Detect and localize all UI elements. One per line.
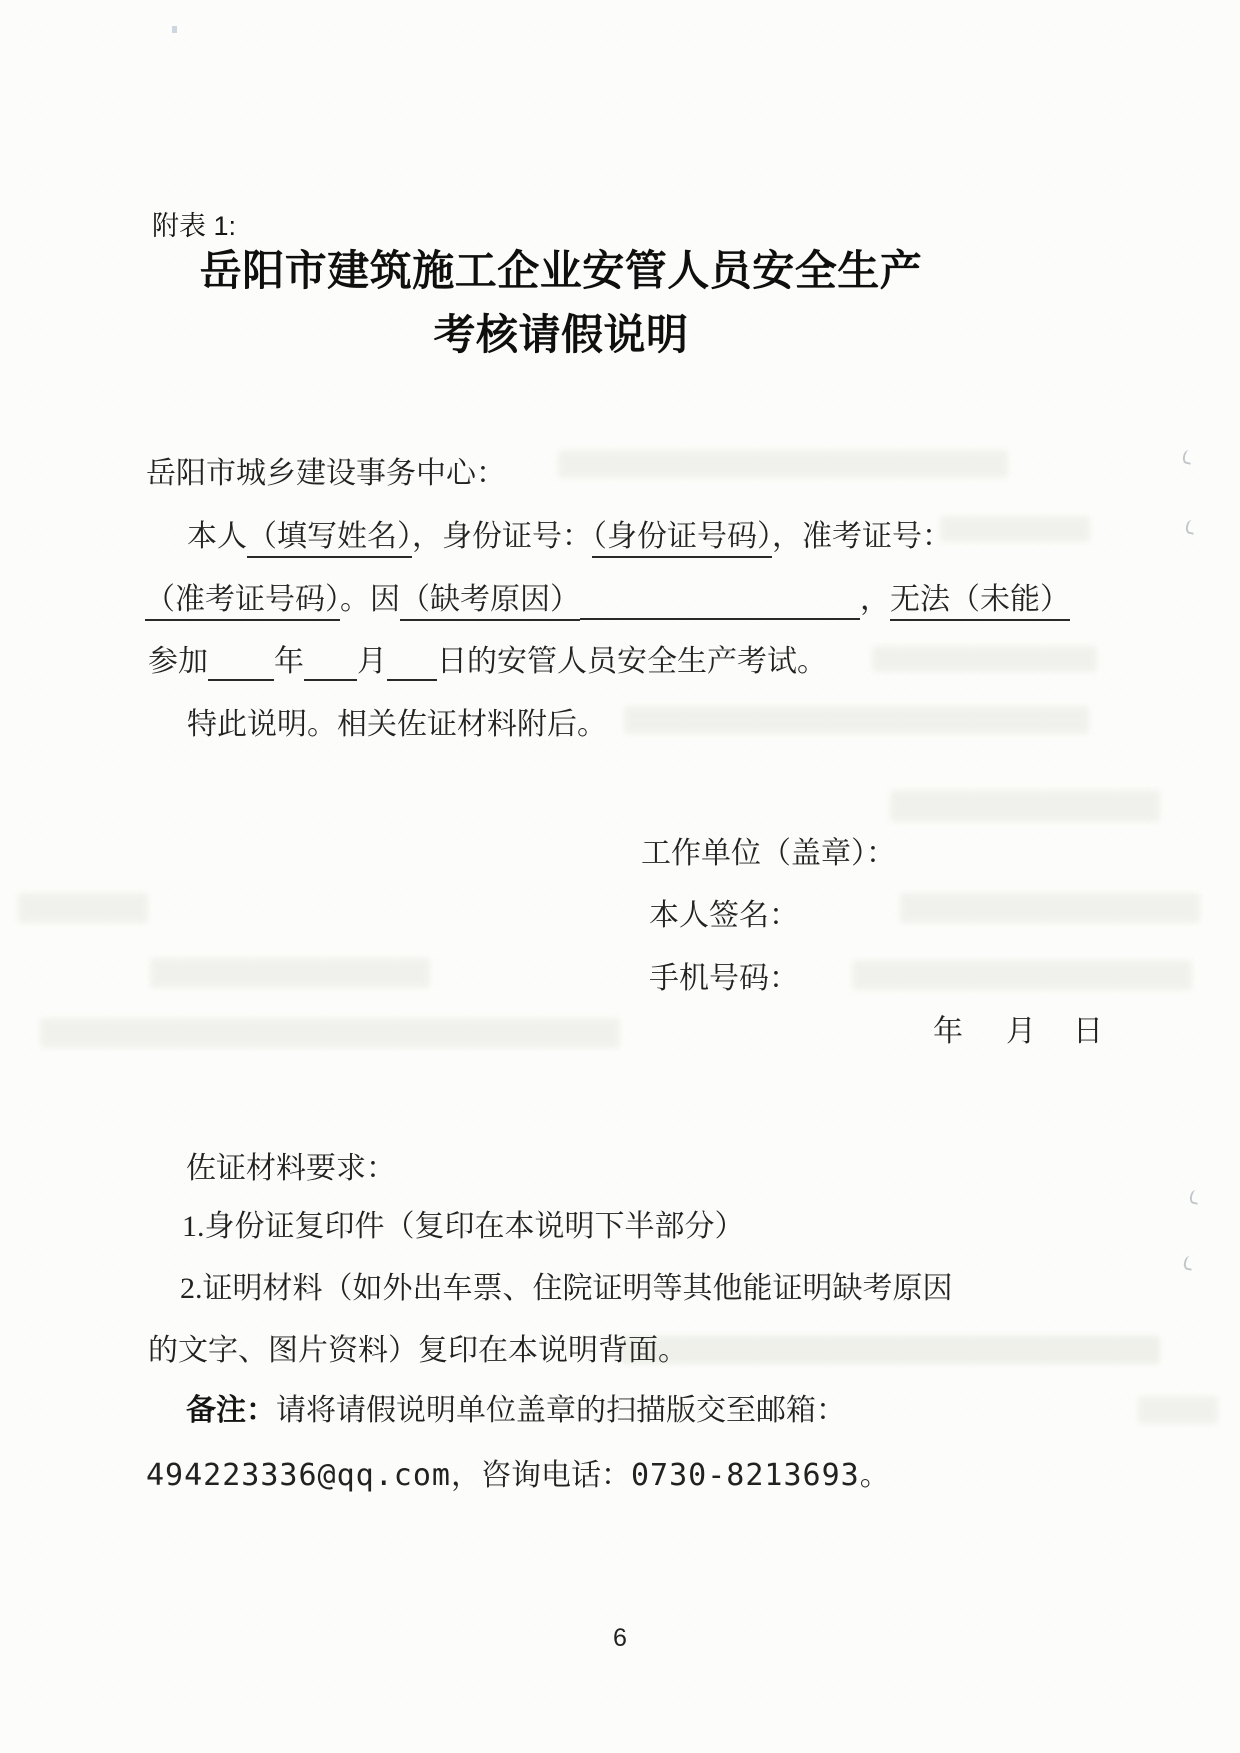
note-line: 备注：请将请假说明单位盖章的扫描版交至邮箱： [186,1392,846,1430]
salutation: 岳阳市城乡建设事务中心： [146,455,506,493]
bleed-through-artifact [624,706,1089,734]
bleed-through-artifact [890,790,1160,822]
title-line-2: 考核请假说明 [0,310,1122,360]
line3-tail: 的安管人员安全生产考试。 [467,645,827,678]
scan-mark [1182,449,1194,465]
bleed-through-artifact [18,893,148,923]
date-year-label: 年 [933,1013,963,1051]
year-blank [208,643,274,681]
personal-signature-label: 本人签名： [649,897,799,935]
requirements-heading: 佐证材料要求： [186,1150,396,1188]
contact-email: 494223336@qq.com [146,1458,451,1493]
bleed-through-artifact [900,893,1200,923]
note-text: 请将请假说明单位盖章的扫描版交至邮箱： [276,1394,846,1427]
requirement-item-1: 1.身份证复印件（复印在本说明下半部分） [182,1208,745,1246]
scan-mark [1189,1189,1201,1205]
bleed-through-artifact [620,1336,1160,1364]
line1-tail: ，准考证号： [772,520,952,553]
contact-line: 494223336@qq.com，咨询电话：0730-8213693。 [146,1457,890,1495]
ticket-number-blank: （准考证号码） [145,583,340,621]
id-number-blank: （身份证号码） [592,520,772,558]
bleed-through-artifact [872,646,1097,672]
attachment-label: 附表 1: [152,204,236,243]
letter-line-3: 参加年月日的安管人员安全生产考试。 [148,643,827,681]
contact-mid: ，咨询电话： [451,1459,631,1492]
work-unit-seal-label: 工作单位（盖章）： [641,835,896,873]
line3-pre: 参加 [148,645,208,678]
closing-statement: 特此说明。相关佐证材料附后。 [187,706,607,744]
scanned-document-page: 附表 1: 岳阳市建筑施工企业安管人员安全生产 考核请假说明 岳阳市城乡建设事务… [0,0,1240,1753]
bleed-through-artifact [940,516,1090,542]
scan-mark [1183,1255,1195,1271]
absence-reason-blank: （缺考原因） [400,583,580,621]
requirement-item-2-line-1: 2.证明材料（如外出车票、住院证明等其他能证明缺考原因 [180,1270,953,1308]
month-unit: 月 [357,645,387,678]
requirement-item-2-line-2: 的文字、图片资料）复印在本说明背面。 [148,1332,688,1370]
page-number: 6 [0,1624,1240,1653]
bleed-through-artifact [40,1018,620,1048]
bleed-through-artifact [558,450,1008,478]
line2-mid: 。因 [340,583,400,616]
contact-phone: 0730-8213693 [631,1458,860,1493]
note-label: 备注： [186,1394,276,1427]
contact-end: 。 [860,1459,890,1492]
date-day-label: 日 [1073,1013,1103,1051]
title-line-1: 岳阳市建筑施工企业安管人员安全生产 [0,246,1122,296]
letter-line-1: 本人（填写姓名），身份证号：（身份证号码），准考证号： [187,518,952,556]
blank-line [580,582,860,620]
scan-speck [172,26,177,33]
line1-mid: ，身份证号： [412,520,592,553]
line2-comma: ， [860,583,890,616]
phone-number-label: 手机号码： [649,960,799,998]
line1-pre: 本人 [187,520,247,553]
scan-mark [1185,519,1197,535]
bleed-through-artifact [852,960,1192,990]
bleed-through-artifact [150,958,430,988]
month-blank [304,643,357,681]
letter-line-2: （准考证号码）。因（缺考原因），无法（未能） [145,581,1070,620]
unable-phrase: 无法（未能） [890,583,1070,621]
bleed-through-artifact [1138,1396,1218,1424]
document-title: 岳阳市建筑施工企业安管人员安全生产 考核请假说明 [0,246,1122,360]
day-blank [387,643,437,681]
day-unit: 日 [437,645,467,678]
name-blank: （填写姓名） [247,520,412,558]
year-unit: 年 [274,645,304,678]
date-month-label: 月 [1006,1013,1036,1051]
